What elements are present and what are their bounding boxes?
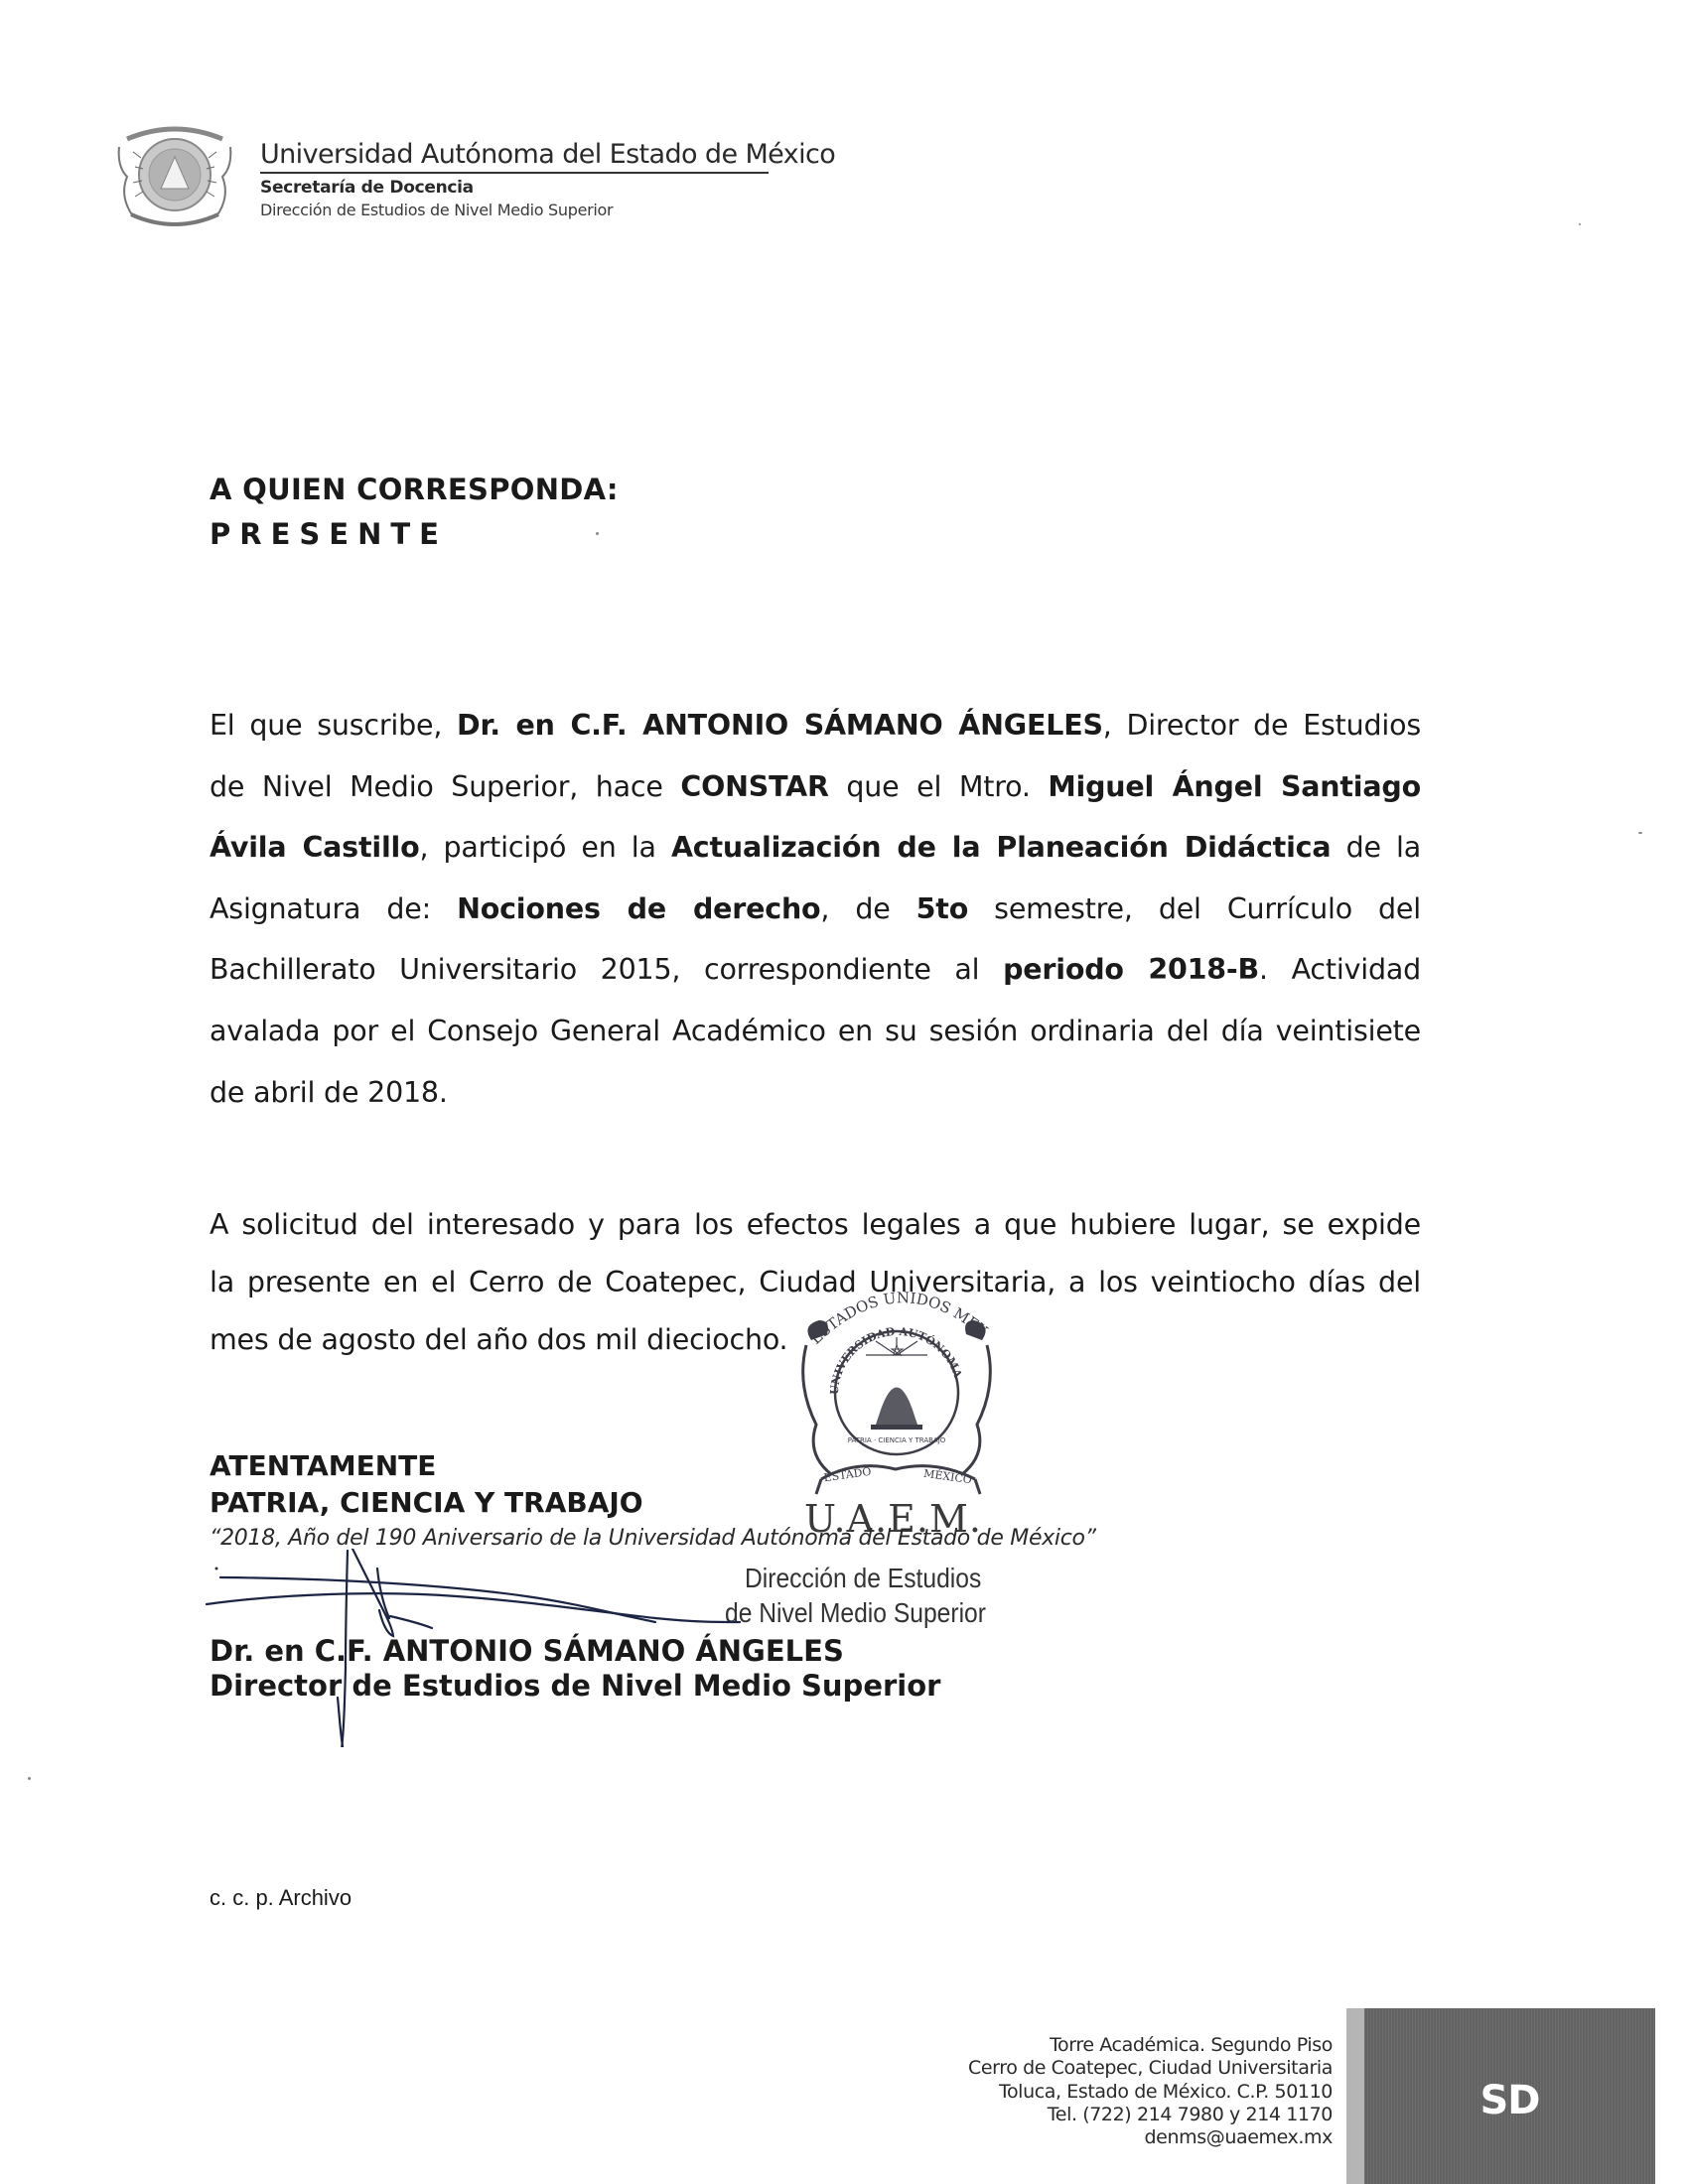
carbon-copy-note: c. c. p. Archivo xyxy=(210,1885,352,1911)
address-line: Toluca, Estado de México. C.P. 50110 xyxy=(968,2081,1333,2104)
paragraph-line: de Nivel Medio Superior, hace CONSTAR qu… xyxy=(210,756,1421,818)
scan-speck xyxy=(1638,832,1642,834)
official-seal-icon: ESTADOS UNIDOS MEXICANOS UNIVERSIDAD AUT… xyxy=(776,1276,1017,1499)
teacher-name: Miguel Ángel Santiago xyxy=(1048,770,1421,803)
email-address: denms@uaemex.mx xyxy=(968,2126,1333,2149)
paragraph-line: El que suscribe, Dr. en C.F. ANTONIO SÁM… xyxy=(210,695,1421,756)
sd-badge: SD xyxy=(1346,2008,1655,2184)
footer-address: Torre Académica. Segundo Piso Cerro de C… xyxy=(968,2034,1333,2149)
directorate-name: Dirección de Estudios de Nivel Medio Sup… xyxy=(260,201,613,219)
seal-ribbon-left: ESTADO xyxy=(823,1465,872,1485)
address-line: Cerro de Coatepec, Ciudad Universitaria xyxy=(968,2057,1333,2080)
sd-badge-label: SD xyxy=(1346,2078,1655,2123)
closing-atentamente: ATENTAMENTE xyxy=(210,1449,436,1482)
seal-motto: PATRIA · CIENCIA Y TRABAJO xyxy=(848,1436,946,1444)
svg-text:UNIVERSIDAD AUTÓNOMA: UNIVERSIDAD AUTÓNOMA xyxy=(828,1325,965,1395)
paragraph-line: avalada por el Consejo General Académico… xyxy=(210,1001,1421,1062)
secretariat-name: Secretaría de Docencia xyxy=(260,178,474,198)
period: periodo 2018-B xyxy=(1003,953,1259,986)
subject-name: Nociones de derecho xyxy=(457,892,820,925)
scan-speck xyxy=(596,532,599,535)
semester: 5to xyxy=(916,892,968,925)
paragraph-line: Asignatura de: Nociones de derecho, de 5… xyxy=(210,879,1421,940)
scan-speck xyxy=(28,1777,31,1780)
header-rule xyxy=(260,172,769,174)
phone-line: Tel. (722) 214 7980 y 214 1170 xyxy=(968,2104,1333,2126)
university-crest-icon xyxy=(113,117,236,228)
anniversary-motto: “2018, Año del 190 Aniversario de la Uni… xyxy=(210,1526,1096,1551)
scan-speck xyxy=(1579,223,1581,225)
activity-name: Actualización de la Planeación Didáctica xyxy=(671,831,1331,864)
salutation: A QUIEN CORRESPONDA: xyxy=(210,473,619,506)
paragraph-line: A solicitud del interesado y para los ef… xyxy=(210,1196,1421,1254)
paragraph-line: Bachillerato Universitario 2015, corresp… xyxy=(210,939,1421,1001)
certification-paragraph: El que suscribe, Dr. en C.F. ANTONIO SÁM… xyxy=(210,695,1421,1123)
seal-ring-inner: UNIVERSIDAD AUTÓNOMA xyxy=(828,1325,965,1395)
signatory-name-inline: Dr. en C.F. ANTONIO SÁMANO ÁNGELES xyxy=(457,709,1103,742)
salutation-presente: PRESENTE xyxy=(210,517,448,551)
university-name: Universidad Autónoma del Estado de Méxic… xyxy=(260,139,835,170)
paragraph-line: de abril de 2018. xyxy=(210,1062,1421,1124)
paragraph-line: Ávila Castillo, participó en la Actualiz… xyxy=(210,817,1421,879)
handwritten-signature-icon xyxy=(199,1549,894,1747)
closing-motto: PATRIA, CIENCIA Y TRABAJO xyxy=(210,1486,643,1519)
address-line: Torre Académica. Segundo Piso xyxy=(968,2034,1333,2057)
